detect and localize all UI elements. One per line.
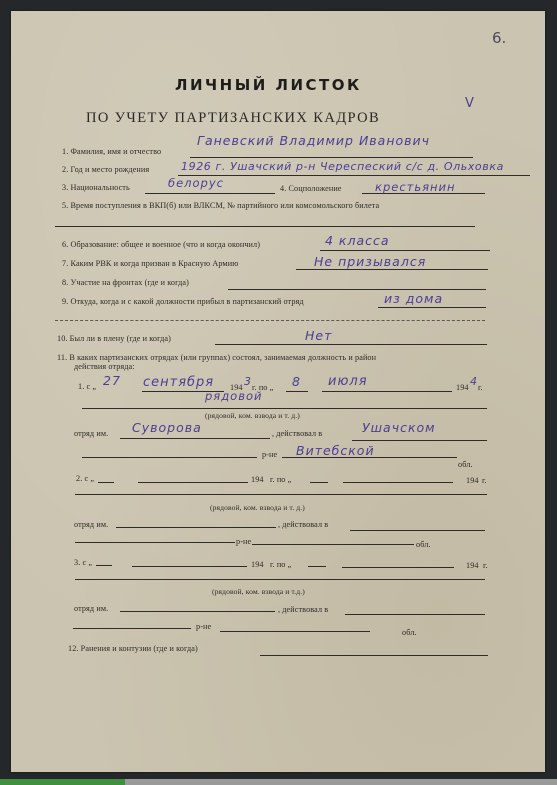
- entry-3-region-line: [220, 631, 370, 632]
- entry-1-to-day-line: [286, 391, 308, 392]
- entry-3-acted-label: , действовал в: [278, 605, 328, 614]
- field-10-line: [215, 344, 487, 345]
- entry-2-num: 2. с „: [76, 474, 94, 483]
- entry-3-from-day-line: [96, 565, 112, 566]
- check-mark: V: [465, 96, 474, 111]
- entry-3-acted-line: [345, 614, 485, 615]
- entry-3-to-year-suffix: г.: [483, 561, 488, 570]
- entry-2-to-month-line: [343, 482, 453, 483]
- field-6-label: 6. Образование: общее и военное (что и к…: [62, 240, 260, 249]
- entry-1-detachment-line: [120, 438, 270, 439]
- field-7-value: Не призывался: [314, 254, 426, 269]
- entry-3-district-label: р-не: [196, 622, 211, 631]
- field-6-value: 4 класса: [325, 233, 390, 248]
- entry-2-acted-line: [350, 530, 485, 531]
- field-2-value: 1926 г. Ушачский р-н Череспеский с/с д. …: [181, 160, 504, 173]
- entry-1-acted-label: , действовал в: [272, 429, 322, 438]
- field-5-line: [55, 226, 475, 227]
- entry-3-from-year-suffix: г. по „: [270, 560, 291, 569]
- entry-2-district-label: р-не: [236, 537, 251, 546]
- entry-1-region-label: обл.: [458, 460, 473, 469]
- entry-2-to-year-suffix: г.: [482, 476, 487, 485]
- entry-2-from-year: 194: [251, 475, 264, 484]
- entry-1-region: Витебской: [296, 443, 375, 458]
- field-4-label: 4. Соцположение: [280, 184, 342, 193]
- entry-2-from-year-suffix: г. по „: [270, 475, 291, 484]
- field-7-label: 7. Каким РВК и когда призван в Красную А…: [62, 259, 238, 268]
- entry-2-from-month-line: [138, 482, 248, 483]
- entry-1-to-year-digit: 4: [470, 375, 478, 388]
- entry-3-from-month-line: [132, 566, 247, 567]
- entry-1-to-day: 8: [292, 374, 301, 389]
- entry-3-to-day-line: [308, 566, 326, 567]
- field-6-line: [320, 250, 490, 251]
- field-3-value: белорус: [168, 176, 224, 190]
- field-3-label: 3. Национальность: [62, 183, 130, 192]
- entry-3-num: 3. с „: [74, 558, 92, 567]
- field-11-label-line1: 11. В каких партизанских отрядах (или гр…: [57, 353, 376, 362]
- entry-2-position-line: [75, 494, 487, 495]
- entry-1-detachment-label: отряд им.: [74, 429, 108, 438]
- field-3-line: [145, 193, 275, 194]
- entry-1-acted-in: Ушачском: [362, 420, 436, 435]
- field-11-label-line2: действия отряда:: [74, 362, 135, 371]
- entry-3-to-year: 194: [466, 561, 479, 570]
- page-number-mark: 6.: [492, 29, 506, 47]
- entry-1-to-year-suffix: г.: [478, 383, 483, 392]
- entry-3-to-month-line: [342, 567, 454, 568]
- scan-bottom-strip: [0, 779, 557, 785]
- entry-1-district-line: [82, 457, 257, 458]
- field-7-line: [296, 269, 488, 270]
- entry-2-from-day-line: [98, 482, 114, 483]
- entry-2-region-label: обл.: [416, 540, 431, 549]
- field-4-value: крестьянин: [375, 180, 456, 194]
- document-title: ЛИЧНЫЙ ЛИСТОК: [175, 76, 362, 94]
- field-2-label: 2. Год и место рождения: [62, 165, 149, 174]
- entry-1-to-month: июля: [328, 374, 368, 389]
- entry-2-district-line: [75, 542, 235, 543]
- entry-2-region-line: [252, 544, 414, 545]
- entry-2-detachment-line: [116, 527, 276, 528]
- field-8-label: 8. Участие на фронтах (где и когда): [62, 278, 189, 287]
- entry-1-to-month-line: [322, 391, 452, 392]
- entry-2-to-day-line: [310, 482, 328, 483]
- entry-2-detachment-label: отряд им.: [74, 520, 108, 529]
- field-9-line: [378, 307, 486, 308]
- document-subtitle: ПО УЧЕТУ ПАРТИЗАНСКИХ КАДРОВ: [86, 110, 380, 127]
- field-1-label: 1. Фамилия, имя и отчество: [62, 147, 161, 156]
- field-8-line: [228, 289, 486, 290]
- field-2-line: [178, 175, 530, 176]
- field-1-line: [190, 157, 473, 158]
- entry-1-from-year-digit: 3: [244, 375, 252, 388]
- entry-3-position-line: [75, 579, 485, 580]
- entry-1-num: 1. с „: [78, 382, 96, 391]
- field-5-label: 5. Время поступления в ВКП(б) или ВЛКСМ,…: [62, 201, 379, 210]
- separator-line: [55, 320, 485, 321]
- entry-3-position-hint: (рядовой, ком. взвода и т.д.): [212, 587, 305, 596]
- entry-1-acted-line: [352, 440, 487, 441]
- field-10-value: Нет: [305, 328, 332, 343]
- entry-2-acted-label: , действовал в: [278, 520, 328, 529]
- entry-1-from-month: сентября: [143, 375, 214, 390]
- entry-3-region-label: обл.: [402, 628, 417, 637]
- field-12-label: 12. Ранения и контузии (где и когда): [68, 644, 198, 653]
- field-9-label: 9. Откуда, когда и с какой должности при…: [62, 297, 304, 306]
- entry-3-district-line: [73, 628, 191, 629]
- field-9-value: из дома: [384, 291, 443, 306]
- entry-1-position-hint: (рядовой, ком. взвода и т. д.): [205, 411, 300, 420]
- entry-1-position: рядовой: [205, 389, 263, 403]
- entry-1-from-day: 27: [103, 373, 121, 388]
- entry-1-district-label: р-не: [262, 450, 277, 459]
- entry-1-region-line: [282, 457, 457, 458]
- entry-1-position-line: [82, 408, 487, 409]
- entry-3-detachment-line: [120, 611, 275, 612]
- field-1-value: Ганевский Владимир Иванович: [197, 133, 430, 148]
- field-12-line: [260, 655, 488, 656]
- entry-3-from-year: 194: [251, 560, 264, 569]
- entry-2-to-year: 194: [466, 476, 479, 485]
- field-10-label: 10. Был ли в плену (где и когда): [57, 334, 171, 343]
- entry-3-detachment-label: отряд им.: [74, 604, 108, 613]
- entry-2-position-hint: (рядовой, ком. взвода и т. д.): [210, 503, 305, 512]
- entry-1-to-year-prefix: 194: [456, 383, 469, 392]
- entry-1-detachment: Суворова: [132, 420, 202, 435]
